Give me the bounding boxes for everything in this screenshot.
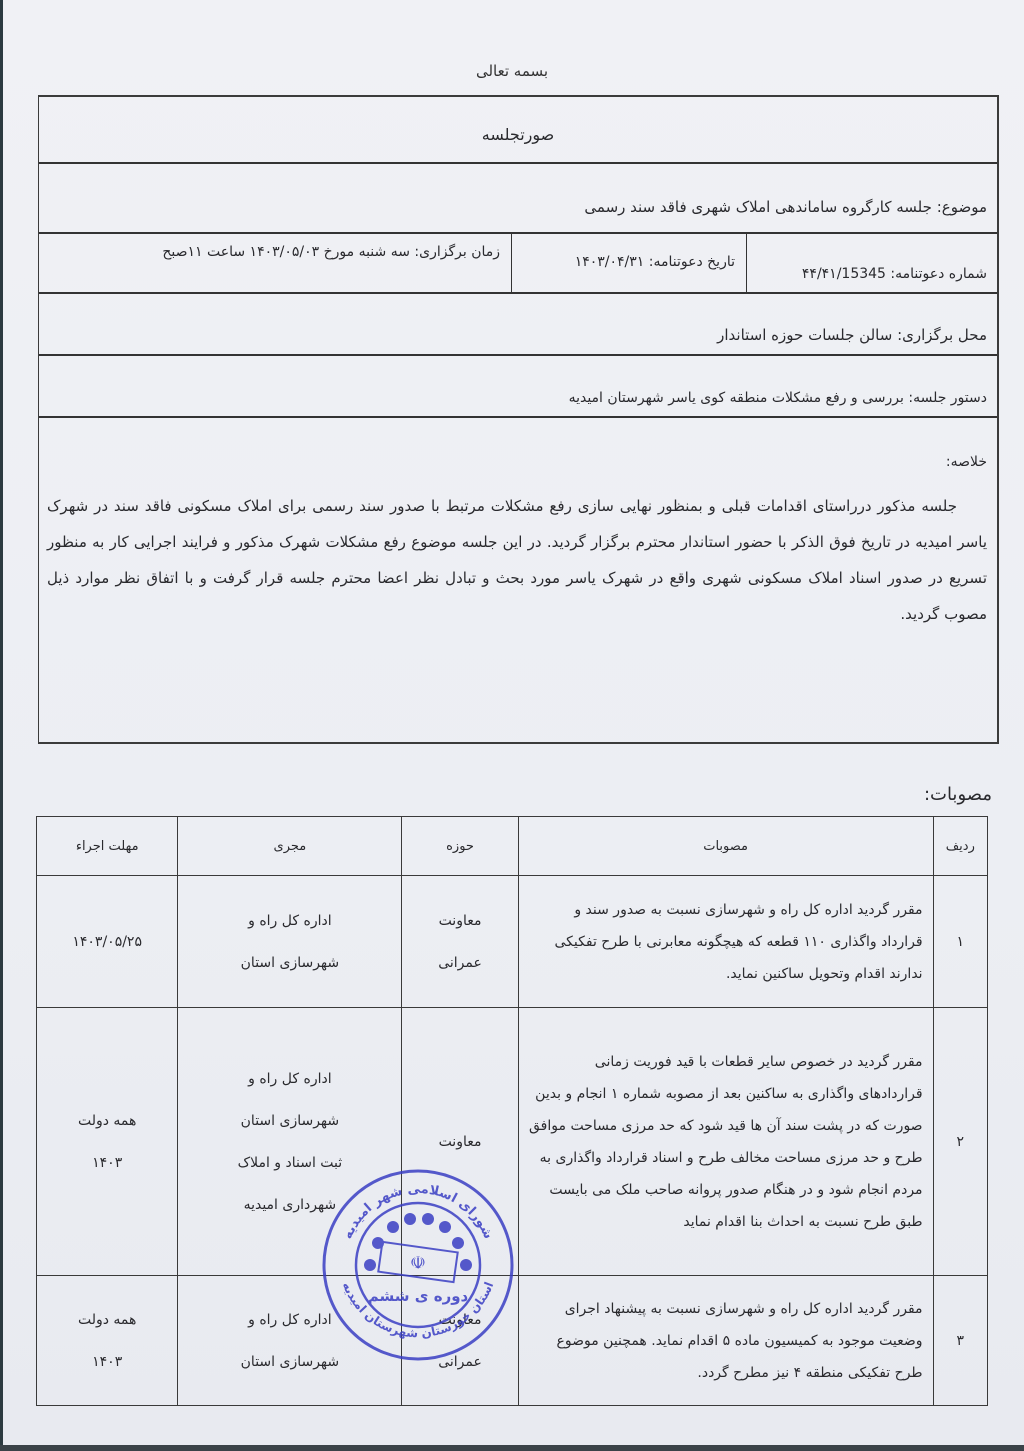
agenda-label: دستور جلسه: — [908, 390, 987, 406]
column-header-resolution: مصوبات — [518, 817, 933, 876]
document-title: صورتجلسه — [39, 125, 997, 144]
table-row: ۲ مقرر گردید در خصوص سایر قطعات با قید ف… — [37, 1008, 988, 1276]
invitation-date-value: ۱۴۰۳/۰۴/۳۱ — [575, 254, 645, 270]
deadline-line: ۱۴۰۳ — [38, 1341, 176, 1383]
executor-line: شهرداری امیدیه — [179, 1184, 400, 1226]
row-executor: اداره کل راه و شهرسازی استان — [178, 1276, 402, 1406]
subject-row: موضوع: جلسه کارگروه ساماندهی املاک شهری … — [39, 164, 997, 234]
subject-value: جلسه کارگروه ساماندهی املاک شهری فاقد سن… — [584, 198, 932, 216]
row-index: ۲ — [933, 1008, 987, 1276]
deadline-line: همه دولت — [38, 1299, 176, 1341]
executor-line: اداره کل راه و — [179, 900, 400, 942]
row-index: ۱ — [933, 876, 987, 1008]
minutes-header-box: صورتجلسه موضوع: جلسه کارگروه ساماندهی ام… — [38, 95, 999, 744]
table-row: ۱ مقرر گردید اداره کل راه و شهرسازی نسبت… — [37, 876, 988, 1008]
venue-value: سالن جلسات حوزه استاندار — [717, 326, 892, 344]
row-resolution: مقرر گردید در خصوص سایر قطعات با قید فور… — [518, 1008, 933, 1276]
agenda-field: دستور جلسه: بررسی و رفع مشکلات منطقه کوی… — [569, 390, 987, 406]
approvals-heading: مصوبات: — [924, 784, 992, 805]
summary-section: خلاصه: جلسه مذکور درراستای اقدامات قبلی … — [39, 418, 997, 738]
meeting-time-value: سه شنبه مورخ ۱۴۰۳/۰۵/۰۳ ساعت ۱۱صبح — [162, 244, 410, 260]
column-header-index: ردیف — [933, 817, 987, 876]
title-row: صورتجلسه — [39, 97, 997, 164]
row-deadline: ۱۴۰۳/۰۵/۲۵ — [37, 876, 178, 1008]
executor-line: شهرسازی استان — [179, 1341, 400, 1383]
deadline-line: ۱۴۰۳ — [38, 1142, 176, 1184]
agenda-row: دستور جلسه: بررسی و رفع مشکلات منطقه کوی… — [39, 356, 997, 418]
venue-label: محل برگزاری: — [897, 326, 987, 344]
executor-line: اداره کل راه و — [179, 1058, 400, 1100]
deadline-line: همه دولت — [38, 1100, 176, 1142]
column-header-deadline: مهلت اجراء — [37, 817, 178, 876]
row-deadline: همه دولت ۱۴۰۳ — [37, 1008, 178, 1276]
scanned-page: بسمه تعالی صورتجلسه موضوع: جلسه کارگروه … — [0, 0, 1024, 1451]
row-domain: معاونت — [402, 1008, 518, 1276]
row-domain: معاونت عمرانی — [402, 1276, 518, 1406]
column-header-domain: حوزه — [402, 817, 518, 876]
domain-line: معاونت — [403, 1299, 516, 1341]
row-resolution: مقرر گردید اداره کل راه و شهرسازی نسبت ب… — [518, 1276, 933, 1406]
invitation-date-field: تاریخ دعوتنامه: ۱۴۰۳/۰۴/۳۱ — [575, 254, 735, 270]
invitation-date-label: تاریخ دعوتنامه: — [649, 254, 735, 270]
column-header-executor: مجری — [178, 817, 402, 876]
summary-label: خلاصه: — [946, 454, 987, 470]
meeting-time-field: زمان برگزاری: سه شنبه مورخ ۱۴۰۳/۰۵/۰۳ سا… — [162, 244, 500, 260]
divider — [746, 234, 747, 292]
deadline-line: ۱۴۰۳/۰۵/۲۵ — [38, 934, 176, 950]
subject-label: موضوع: — [937, 198, 987, 216]
row-deadline: همه دولت ۱۴۰۳ — [37, 1276, 178, 1406]
row-executor: اداره کل راه و شهرسازی استان — [178, 876, 402, 1008]
executor-line: اداره کل راه و — [179, 1299, 400, 1341]
summary-text: جلسه مذکور درراستای اقدامات قبلی و بمنظو… — [47, 488, 987, 632]
scan-edge-left — [0, 0, 3, 1451]
subject-field: موضوع: جلسه کارگروه ساماندهی املاک شهری … — [584, 198, 987, 216]
venue-row: محل برگزاری: سالن جلسات حوزه استاندار — [39, 294, 997, 356]
meeting-time-label: زمان برگزاری: — [414, 244, 500, 260]
table-row: ۳ مقرر گردید اداره کل راه و شهرسازی نسبت… — [37, 1276, 988, 1406]
executor-line: شهرسازی استان — [179, 1100, 400, 1142]
divider — [511, 234, 512, 292]
executor-line: ثبت اسناد و املاک — [179, 1142, 400, 1184]
invitation-number-value: ۴۴/۴۱/15345 — [802, 266, 886, 282]
agenda-value: بررسی و رفع مشکلات منطقه کوی یاسر شهرستا… — [569, 390, 904, 406]
approvals-table: ردیف مصوبات حوزه مجری مهلت اجراء ۱ مقرر … — [36, 816, 988, 1406]
row-index: ۳ — [933, 1276, 987, 1406]
row-executor: اداره کل راه و شهرسازی استان ثبت اسناد و… — [178, 1008, 402, 1276]
table-header-row: ردیف مصوبات حوزه مجری مهلت اجراء — [37, 817, 988, 876]
invitation-number-field: شماره دعوتنامه: ۴۴/۴۱/15345 — [802, 266, 987, 282]
invitation-number-label: شماره دعوتنامه: — [890, 266, 987, 282]
executor-line: شهرسازی استان — [179, 942, 400, 984]
row-resolution: مقرر گردید اداره کل راه و شهرسازی نسبت ب… — [518, 876, 933, 1008]
scan-edge-bottom — [0, 1445, 1024, 1451]
invocation-text: بسمه تعالی — [0, 62, 1024, 80]
domain-line: معاونت — [403, 900, 516, 942]
domain-line: عمرانی — [403, 1341, 516, 1383]
meta-row: شماره دعوتنامه: ۴۴/۴۱/15345 تاریخ دعوتنا… — [39, 234, 997, 294]
domain-line: معاونت — [403, 1121, 516, 1163]
venue-field: محل برگزاری: سالن جلسات حوزه استاندار — [717, 326, 987, 344]
domain-line: عمرانی — [403, 942, 516, 984]
row-domain: معاونت عمرانی — [402, 876, 518, 1008]
